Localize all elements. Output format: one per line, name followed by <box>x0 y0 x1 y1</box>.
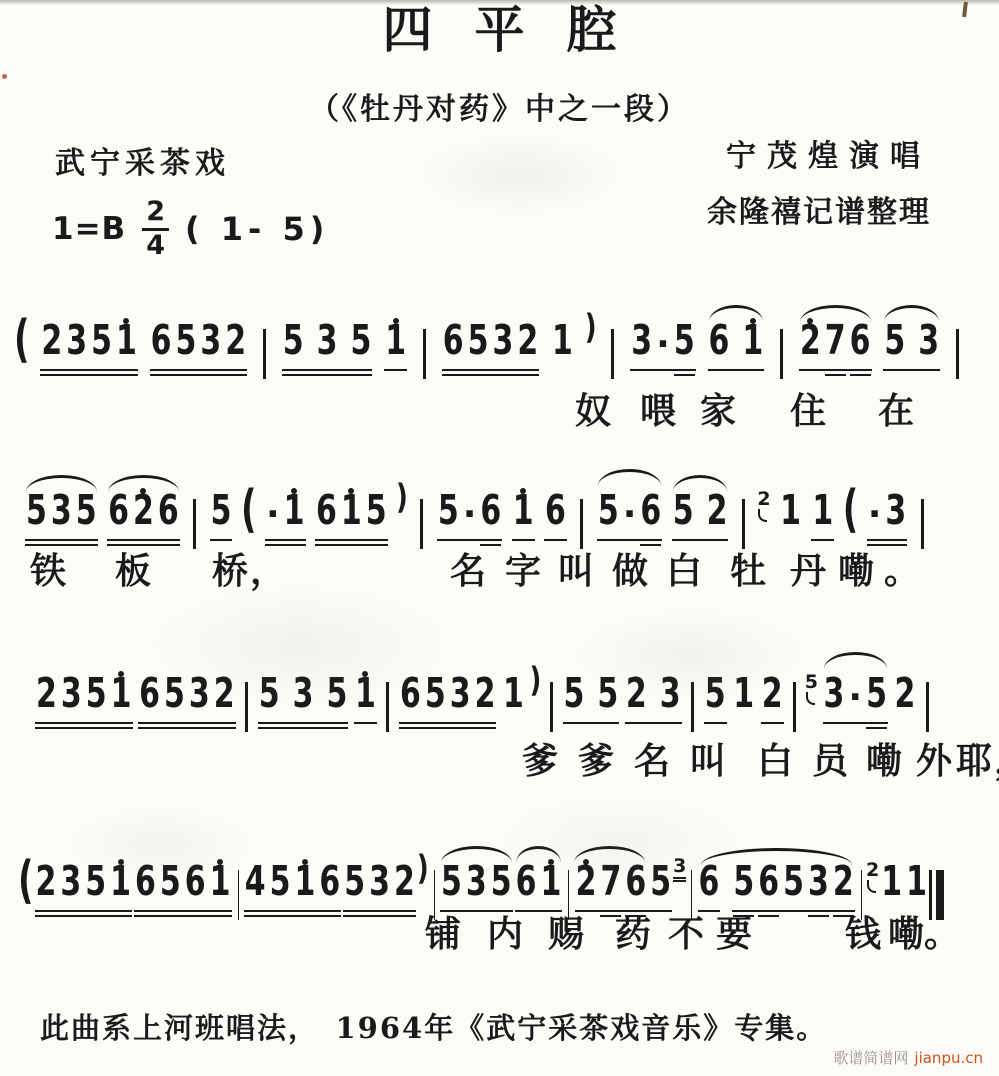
duration-dot: · <box>463 495 477 535</box>
barline <box>793 682 796 732</box>
slur-group: 656532 <box>697 872 856 906</box>
lyric-syllable: 外 <box>916 733 954 784</box>
note: 6 <box>709 331 730 365</box>
note: 6 <box>139 684 160 718</box>
note-group: 276 <box>798 331 873 365</box>
note-group: 6 <box>543 501 568 535</box>
beam-underline <box>630 369 695 372</box>
music-line: 5356265(·1615)5·6165·652211(·3铁板桥，名字叫做白牡… <box>0 463 999 555</box>
slur-arc <box>824 652 887 669</box>
beam-underline <box>354 722 377 725</box>
lyric-syllable: 家 <box>700 383 738 434</box>
note-group: 1 <box>778 501 803 535</box>
beam-underline <box>850 374 871 377</box>
sheet-music-page: 四平腔 （《牡丹对药》中之一段） 武宁采茶戏 宁茂煌演唱 余隆禧记谱整理 1=B… <box>0 0 999 1076</box>
lyric-syllable: 药 <box>615 906 653 957</box>
phrase-paren: ( <box>14 314 30 365</box>
note: 6 <box>699 872 720 906</box>
score-area: (23516532535165321)3·56127653奴喂家住在535626… <box>0 0 999 1076</box>
note-group: 535 <box>439 872 514 906</box>
note-group: 1 <box>353 684 378 718</box>
note: 5 <box>705 684 726 718</box>
grace-note: 5 <box>805 673 818 692</box>
barline <box>193 499 196 549</box>
note: 3 <box>317 331 338 365</box>
beam-underline <box>315 539 388 542</box>
note: 6 <box>625 872 646 906</box>
slur-arc <box>598 469 661 486</box>
lyrics-row: 奴喂家住在 <box>0 383 999 427</box>
note: 6 <box>640 501 661 535</box>
barline <box>245 682 248 732</box>
music-line: (23516532535165321)3·56127653奴喂家住在 <box>0 293 999 385</box>
beam-underline <box>35 727 133 730</box>
phrase-paren: ) <box>396 481 408 515</box>
notation-row: 23516532535165321)552351253·52 <box>34 646 934 738</box>
note-group: 4516 <box>243 872 343 906</box>
lyric-syllable: 字 <box>505 543 543 594</box>
phrase-paren: ( <box>18 855 34 906</box>
source-footnote: 此曲系上河班唱法， 1964年《武宁采茶戏音乐》专集。 <box>40 1006 827 1047</box>
note-group: 2 <box>893 684 918 718</box>
note: 5 <box>76 501 97 535</box>
note: 5 <box>425 684 446 718</box>
lyric-syllable: 员 <box>812 733 850 784</box>
note: 5 <box>866 684 887 718</box>
beam-underline <box>867 539 908 542</box>
beam-underline <box>761 722 784 725</box>
barline <box>926 682 929 732</box>
note: 3 <box>492 331 513 365</box>
barline <box>550 682 553 732</box>
note: 1 <box>111 684 132 718</box>
note: 3 <box>66 331 87 365</box>
note-group: ·1 <box>264 495 307 535</box>
beam-underline <box>442 369 540 372</box>
note-group: 5 <box>703 684 728 718</box>
note: 5 <box>598 501 619 535</box>
barline <box>263 329 266 379</box>
note-group: 1 <box>511 501 536 535</box>
note-group: 23 <box>624 684 683 718</box>
note: 1 <box>906 872 927 906</box>
note-group: 6532 <box>398 684 498 718</box>
note: 5 <box>344 872 365 906</box>
note: 1 <box>284 501 305 535</box>
lyric-syllable: 内 <box>487 906 525 957</box>
note: 6 <box>158 501 179 535</box>
note: 1 <box>742 331 763 365</box>
note-group: 6532 <box>137 684 237 718</box>
lyric-syllable: 赐 <box>548 906 586 957</box>
note-group: 55 <box>562 684 621 718</box>
note: 2 <box>214 684 235 718</box>
note: 2 <box>225 331 246 365</box>
note: 5 <box>26 501 47 535</box>
barline <box>956 329 959 379</box>
note-group: 6532 <box>149 331 249 365</box>
beam-underline <box>40 369 138 372</box>
notation-row: 5356265(·1615)5·6165·652211(·3 <box>24 463 929 555</box>
lyric-syllable: 白 <box>666 543 704 594</box>
note: 3 <box>450 684 471 718</box>
note: 2 <box>762 684 783 718</box>
duration-dot: · <box>266 495 280 535</box>
note: 5 <box>491 872 512 906</box>
note-group: 535 <box>24 501 99 535</box>
note-group: 1 <box>879 872 904 906</box>
duration-dot: · <box>868 495 882 535</box>
note-group: 5 <box>209 501 234 535</box>
note: 5 <box>259 684 280 718</box>
beam-underline <box>40 374 138 377</box>
beam-underline <box>437 539 502 542</box>
lyric-syllable: 做 <box>612 543 650 594</box>
note: 5 <box>164 684 185 718</box>
beam-underline <box>399 727 497 730</box>
music-line: 23516532535165321)552351253·52爹爹名叫白员嘞外耶， <box>0 646 999 738</box>
note: 2 <box>895 684 916 718</box>
beam-underline <box>512 539 535 542</box>
note-group: 1 <box>731 684 756 718</box>
note: 3 <box>200 331 221 365</box>
lyric-syllable: 名 <box>634 733 672 784</box>
lyric-syllable: 喂 <box>640 383 678 434</box>
barline <box>423 329 426 379</box>
note: 2 <box>833 872 854 906</box>
beam-underline <box>625 722 682 725</box>
note: 1 <box>385 331 406 365</box>
note-group: 56532 <box>731 872 855 906</box>
note-group: 6 <box>697 872 722 906</box>
note: 2 <box>41 331 62 365</box>
barline <box>580 499 583 549</box>
lyric-syllable: 在 <box>878 383 916 434</box>
beam-underline <box>825 374 846 377</box>
note-group: 1 <box>550 331 575 365</box>
note: 5 <box>673 501 694 535</box>
note: 1 <box>503 684 524 718</box>
note: 5 <box>650 872 671 906</box>
note: 5 <box>438 501 459 535</box>
note-group: 535 <box>257 684 350 718</box>
note: 1 <box>210 872 231 906</box>
lyric-syllable: 不 <box>668 906 706 957</box>
lyric-syllable: 爹 <box>578 733 616 784</box>
lyric-syllable: 牡 <box>730 543 768 594</box>
lyric-syllable: 名 <box>450 543 488 594</box>
lyric-syllable: 叫 <box>558 543 596 594</box>
note: 1 <box>881 872 902 906</box>
note: 1 <box>541 872 562 906</box>
note: 4 <box>245 872 266 906</box>
beam-underline <box>704 722 727 725</box>
note: 6 <box>545 501 566 535</box>
note: 6 <box>443 331 464 365</box>
note: 1 <box>116 331 137 365</box>
beam-underline <box>138 727 236 730</box>
note: 3 <box>660 684 681 718</box>
note: 6 <box>758 872 779 906</box>
note-group: 3·5 <box>629 325 696 365</box>
note: 5 <box>733 872 754 906</box>
note-group: 626 <box>106 501 181 535</box>
note-group: 1 <box>383 331 408 365</box>
note: 7 <box>600 872 621 906</box>
beam-underline <box>150 369 248 372</box>
lyric-syllable: 嘞 <box>866 733 904 784</box>
beam-underline <box>674 374 695 377</box>
note-group: 2351 <box>39 331 139 365</box>
grace-note-small: 3 <box>673 857 686 882</box>
lyric-syllable: 铺 <box>425 906 463 957</box>
note-group: 1 <box>904 872 929 906</box>
note: 6 <box>400 684 421 718</box>
note: 5 <box>468 331 489 365</box>
note: 3 <box>808 872 829 906</box>
note: 3 <box>189 684 210 718</box>
beam-underline <box>210 539 233 542</box>
beam-underline <box>811 539 834 542</box>
note: 6 <box>850 331 871 365</box>
note: 1 <box>812 501 833 535</box>
lyrics-row: 铁板桥，名字叫做白牡丹嘞。 <box>0 543 999 587</box>
note: 5 <box>783 872 804 906</box>
barline <box>742 499 745 549</box>
note: 1 <box>513 501 534 535</box>
watermark: 歌谱简谱网jianpu.cn <box>833 1047 983 1068</box>
beam-underline <box>258 722 349 725</box>
note: 5 <box>326 684 347 718</box>
note: 6 <box>316 501 337 535</box>
note-group: 2351 <box>34 684 134 718</box>
barline <box>420 499 423 549</box>
note: 5 <box>441 872 462 906</box>
beam-underline <box>544 539 567 542</box>
note: 5 <box>211 501 232 535</box>
beam-underline <box>597 539 662 542</box>
note: 2 <box>133 501 154 535</box>
note-group: 6561 <box>133 872 233 906</box>
note: 5 <box>674 331 695 365</box>
note: 2 <box>475 684 496 718</box>
note: 6 <box>516 872 537 906</box>
beam-underline <box>384 369 407 372</box>
note: 5 <box>86 684 107 718</box>
note: 2 <box>36 872 57 906</box>
lyric-syllable: 板 <box>115 543 153 594</box>
watermark-url: jianpu.cn <box>914 1049 983 1067</box>
note-group: 5·6 <box>436 495 503 535</box>
phrase-paren: ) <box>585 311 597 345</box>
note: 1 <box>341 501 362 535</box>
note-group: 2 <box>760 684 785 718</box>
lyric-syllable: 住 <box>790 383 828 434</box>
lyric-syllable: 钱 <box>845 906 883 957</box>
note: 1 <box>733 684 754 718</box>
barline <box>386 682 389 732</box>
lyrics-row: 铺内赐药不要钱嘞。 <box>0 906 999 950</box>
note-group: ·3 <box>866 495 909 535</box>
beam-underline <box>866 727 887 730</box>
note: 3 <box>466 872 487 906</box>
note: 5 <box>564 684 585 718</box>
note-group: 2765 <box>574 872 674 906</box>
grace-note: 2 <box>757 490 770 509</box>
note: 7 <box>825 331 846 365</box>
note: 2 <box>394 872 415 906</box>
lyric-syllable: 嘞 <box>888 906 926 957</box>
beam-underline <box>282 369 373 372</box>
note-group: 6532 <box>441 331 541 365</box>
note-group: 52 <box>671 501 730 535</box>
beam-underline <box>258 727 349 730</box>
note-group: 535 <box>281 331 374 365</box>
beam-underline <box>35 722 133 725</box>
beam-underline <box>672 539 729 542</box>
beam-underline <box>265 539 306 542</box>
barline <box>780 329 783 379</box>
note-group: 532 <box>342 872 417 906</box>
note: 5 <box>351 331 372 365</box>
note: 6 <box>135 872 156 906</box>
phrase-paren: ( <box>843 484 859 535</box>
note: 6 <box>480 501 501 535</box>
grace-note: 2 <box>866 861 879 880</box>
note: 2 <box>36 684 57 718</box>
lyric-syllable: 要 <box>716 906 754 957</box>
lyric-syllable: 桥， <box>212 543 288 594</box>
note-group: 2351 <box>34 872 134 906</box>
note: 1 <box>110 872 131 906</box>
beam-underline <box>799 369 872 372</box>
note-group: 1 <box>810 501 835 535</box>
barline <box>611 329 614 379</box>
note: 2 <box>517 331 538 365</box>
note: 5 <box>85 872 106 906</box>
phrase-paren: ) <box>530 664 542 698</box>
note: 5 <box>597 684 618 718</box>
note: 5 <box>91 331 112 365</box>
note-group: 3·5 <box>822 678 889 718</box>
note: 5 <box>884 331 905 365</box>
note: 3 <box>369 872 390 906</box>
note-group: 61 <box>514 872 564 906</box>
lyric-syllable: 奴 <box>575 383 613 434</box>
beam-underline <box>442 374 540 377</box>
duration-dot: · <box>623 495 637 535</box>
lyric-syllable: 叫 <box>690 733 728 784</box>
note: 5 <box>283 331 304 365</box>
lyric-syllable: 。 <box>924 906 962 957</box>
beam-underline <box>883 369 940 372</box>
note: 3 <box>51 501 72 535</box>
notation-row: (23516532535165321)3·56127653 <box>14 293 964 385</box>
beam-underline <box>823 722 888 725</box>
note: 1 <box>780 501 801 535</box>
lyric-syllable: 。 <box>884 543 922 594</box>
note: 5 <box>366 501 387 535</box>
phrase-paren: ) <box>417 852 429 886</box>
note: 3 <box>61 684 82 718</box>
beam-underline <box>282 374 373 377</box>
note: 6 <box>108 501 129 535</box>
note-group: 5·6 <box>596 495 663 535</box>
barline <box>691 682 694 732</box>
beam-underline <box>107 539 180 542</box>
note: 6 <box>319 872 340 906</box>
note: 1 <box>355 684 376 718</box>
note: 2 <box>707 501 728 535</box>
beam-underline <box>25 539 98 542</box>
note: 5 <box>270 872 291 906</box>
watermark-site-name: 歌谱简谱网 <box>833 1049 908 1067</box>
lyric-syllable: 铁 <box>30 543 68 594</box>
note: 2 <box>800 331 821 365</box>
note-group: 1 <box>501 684 526 718</box>
note-group: 61 <box>707 331 766 365</box>
lyrics-row: 爹爹名叫白员嘞外耶， <box>0 733 999 777</box>
duration-dot: · <box>656 325 670 365</box>
note: 1 <box>552 331 573 365</box>
note: 6 <box>185 872 206 906</box>
lyric-syllable: 白 <box>757 733 795 784</box>
beam-underline <box>708 369 765 372</box>
note: 5 <box>160 872 181 906</box>
note: 6 <box>151 331 172 365</box>
note: 1 <box>295 872 316 906</box>
beam-underline <box>563 722 620 725</box>
phrase-paren: ( <box>241 484 257 535</box>
barline <box>921 499 924 549</box>
note: 5 <box>176 331 197 365</box>
beam-underline <box>150 374 248 377</box>
note-group: 615 <box>314 501 389 535</box>
note: 3 <box>918 331 939 365</box>
beam-underline <box>138 722 236 725</box>
lyric-syllable: 爹 <box>522 733 560 784</box>
note: 2 <box>626 684 647 718</box>
note: 3 <box>631 331 652 365</box>
lyric-syllable: 丹 <box>790 543 828 594</box>
note: 2 <box>576 872 597 906</box>
beam-underline <box>399 722 497 725</box>
note: 3 <box>293 684 314 718</box>
lyric-syllable: 嘞 <box>838 543 876 594</box>
note-group: 53 <box>882 331 941 365</box>
note: 3 <box>824 684 845 718</box>
duration-dot: · <box>848 678 862 718</box>
note: 3 <box>885 501 906 535</box>
lyric-syllable: 耶， <box>956 733 999 784</box>
music-line: (235165614516532)5356127653656532211铺内赐药… <box>0 831 999 926</box>
note: 3 <box>60 872 81 906</box>
